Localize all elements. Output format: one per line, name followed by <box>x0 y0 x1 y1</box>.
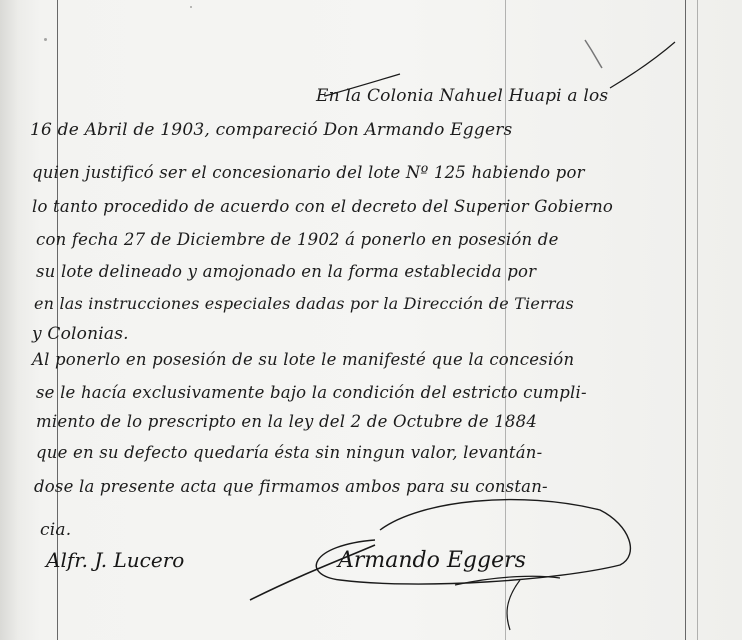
text-line-14: cia. <box>40 520 71 540</box>
signature-lucero: Alfr. J. Lucero <box>46 548 184 572</box>
text-line-11: miento de lo prescripto en la ley del 2 … <box>36 412 537 431</box>
text-line-9: Al ponerlo en posesión de su lote le man… <box>32 350 574 369</box>
text-line-7: en las instrucciones especiales dadas po… <box>34 294 574 313</box>
right-margin-rule <box>685 0 686 640</box>
text-line-8: y Colonias. <box>32 324 129 344</box>
text-line-13: dose la presente acta que firmamos ambos… <box>34 477 548 496</box>
right-edge-rule <box>697 0 698 640</box>
paper-speck <box>190 6 192 8</box>
text-line-10: se le hacía exclusivamente bajo la condi… <box>36 383 587 402</box>
text-line-12: que en su defecto quedaría ésta sin ning… <box>36 443 542 462</box>
left-margin-rule <box>57 0 58 640</box>
text-line-3: quien justificó ser el concesionario del… <box>32 163 585 182</box>
text-line-1: En la Colonia Nahuel Huapi a los <box>316 86 608 106</box>
document-page: En la Colonia Nahuel Huapi a los 16 de A… <box>0 0 742 640</box>
text-line-2: 16 de Abril de 1903, compareció Don Arma… <box>30 120 512 140</box>
text-line-6: su lote delineado y amojonado en la form… <box>36 262 536 281</box>
paper-speck <box>44 38 47 41</box>
text-line-4: lo tanto procedido de acuerdo con el dec… <box>32 197 613 216</box>
signature-eggers: Armando Eggers <box>338 548 526 573</box>
text-line-5: con fecha 27 de Diciembre de 1902 á pone… <box>36 230 559 249</box>
